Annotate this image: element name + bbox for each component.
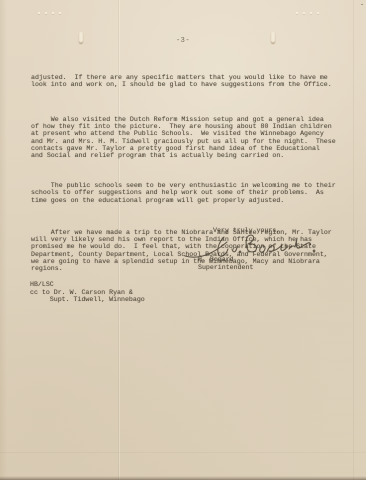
page-number: -3- [0,37,366,45]
perforation-dots-left [38,12,61,15]
paragraph-2: We also visited the Dutch Reform Mission… [31,116,345,160]
paper-crease-horizontal [0,452,366,453]
paper-bottom-edge-shadow [0,476,366,480]
signer-title: Superintendent [198,264,253,272]
ink-speck [361,4,363,5]
paragraph-1: adjusted. If there are any specific matt… [31,74,345,89]
paper-crease-vertical-right [353,0,354,480]
scanned-letter-page: -3- adjusted. If there are any specific … [0,0,366,480]
cc-reference-block: HB/LSC cc to Dr. W. Carson Ryan & Supt. … [30,281,145,304]
perforation-dots-right [296,12,319,15]
paragraph-3: The public schools seem to be very enthu… [31,182,345,204]
signed-name: H. Bogard [198,256,234,264]
